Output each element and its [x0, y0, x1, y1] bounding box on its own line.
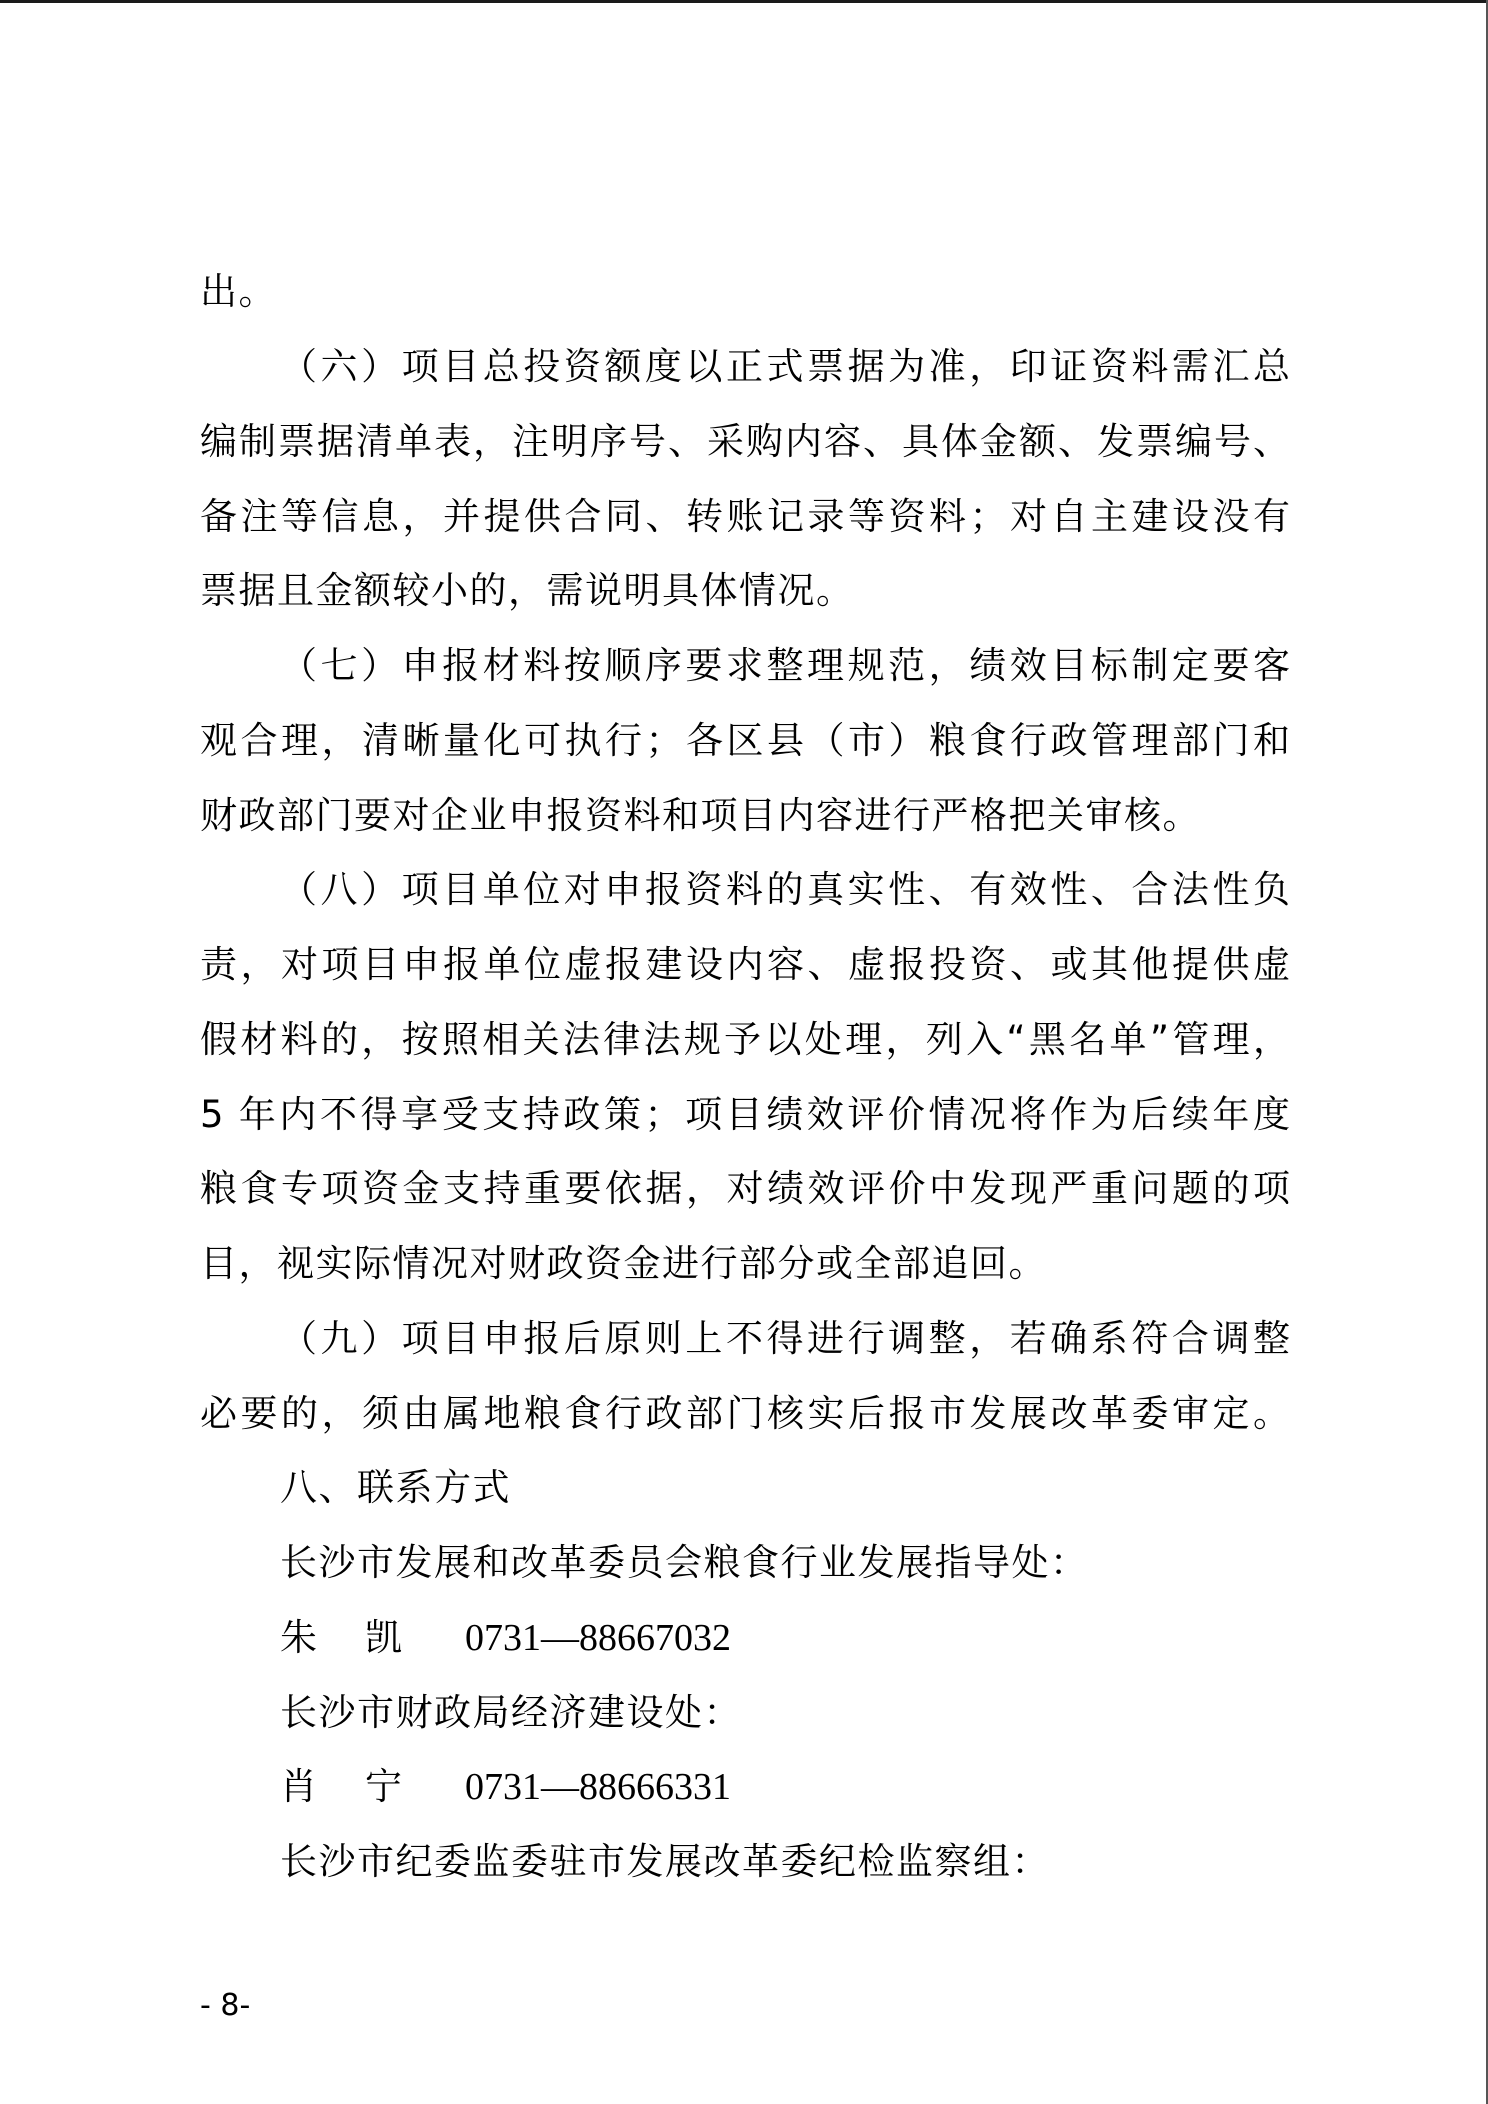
paragraph-line: 编制票据清单表，注明序号、采购内容、具体金额、发票编号、: [200, 420, 1290, 464]
paragraph-line: 5 年内不得享受支持政策；项目绩效评价情况将作为后续年度: [200, 1093, 1290, 1137]
contact-org: 长沙市财政局经济建设处：: [280, 1691, 742, 1735]
contact-phone: 0731—88667032: [465, 1617, 731, 1659]
paragraph-line-item-6: （六）项目总投资额度以正式票据为准，印证资料需汇总: [280, 345, 1290, 389]
contact-org: 长沙市发展和改革委员会粮食行业发展指导处：: [280, 1541, 1089, 1585]
contact-row: 肖宁0731—88666331: [280, 1765, 731, 1809]
contact-phone: 0731—88666331: [465, 1766, 731, 1808]
section-heading-contacts: 八、联系方式: [280, 1466, 511, 1510]
paragraph-line: 票据且金额较小的，需说明具体情况。: [200, 569, 855, 613]
paragraph-line: 假材料的，按照相关法律法规予以处理，列入“黑名单”管理，: [200, 1018, 1290, 1062]
contact-org: 长沙市纪委监委驻市发展改革委纪检监察组：: [280, 1840, 1050, 1884]
contact-name: 肖宁: [280, 1765, 465, 1809]
paragraph-line: 财政部门要对企业申报资料和项目内容进行严格把关审核。: [200, 794, 1201, 838]
paragraph-line: 备注等信息，并提供合同、转账记录等资料；对自主建设没有: [200, 495, 1290, 539]
contact-name: 朱凯: [280, 1616, 465, 1660]
page-top-border: [0, 0, 1488, 3]
paragraph-line: 责，对项目申报单位虚报建设内容、虚报投资、或其他提供虚: [200, 943, 1290, 987]
paragraph-line-item-7: （七）申报材料按顺序要求整理规范，绩效目标制定要客: [280, 644, 1290, 688]
contact-row: 朱凯0731—88667032: [280, 1616, 731, 1660]
paragraph-line: 出。: [200, 270, 277, 314]
paragraph-line: 目，视实际情况对财政资金进行部分或全部追回。: [200, 1242, 1047, 1286]
paragraph-line-item-8: （八）项目单位对申报资料的真实性、有效性、合法性负: [280, 868, 1290, 912]
paragraph-line: 必要的，须由属地粮食行政部门核实后报市发展改革委审定。: [200, 1392, 1290, 1436]
paragraph-line-item-9: （九）项目申报后原则上不得进行调整，若确系符合调整: [280, 1317, 1290, 1361]
paragraph-line: 粮食专项资金支持重要依据，对绩效评价中发现严重问题的项: [200, 1167, 1290, 1211]
page-number: - 8-: [200, 1988, 250, 2023]
paragraph-line: 观合理，清晰量化可执行；各区县（市）粮食行政管理部门和: [200, 719, 1290, 763]
